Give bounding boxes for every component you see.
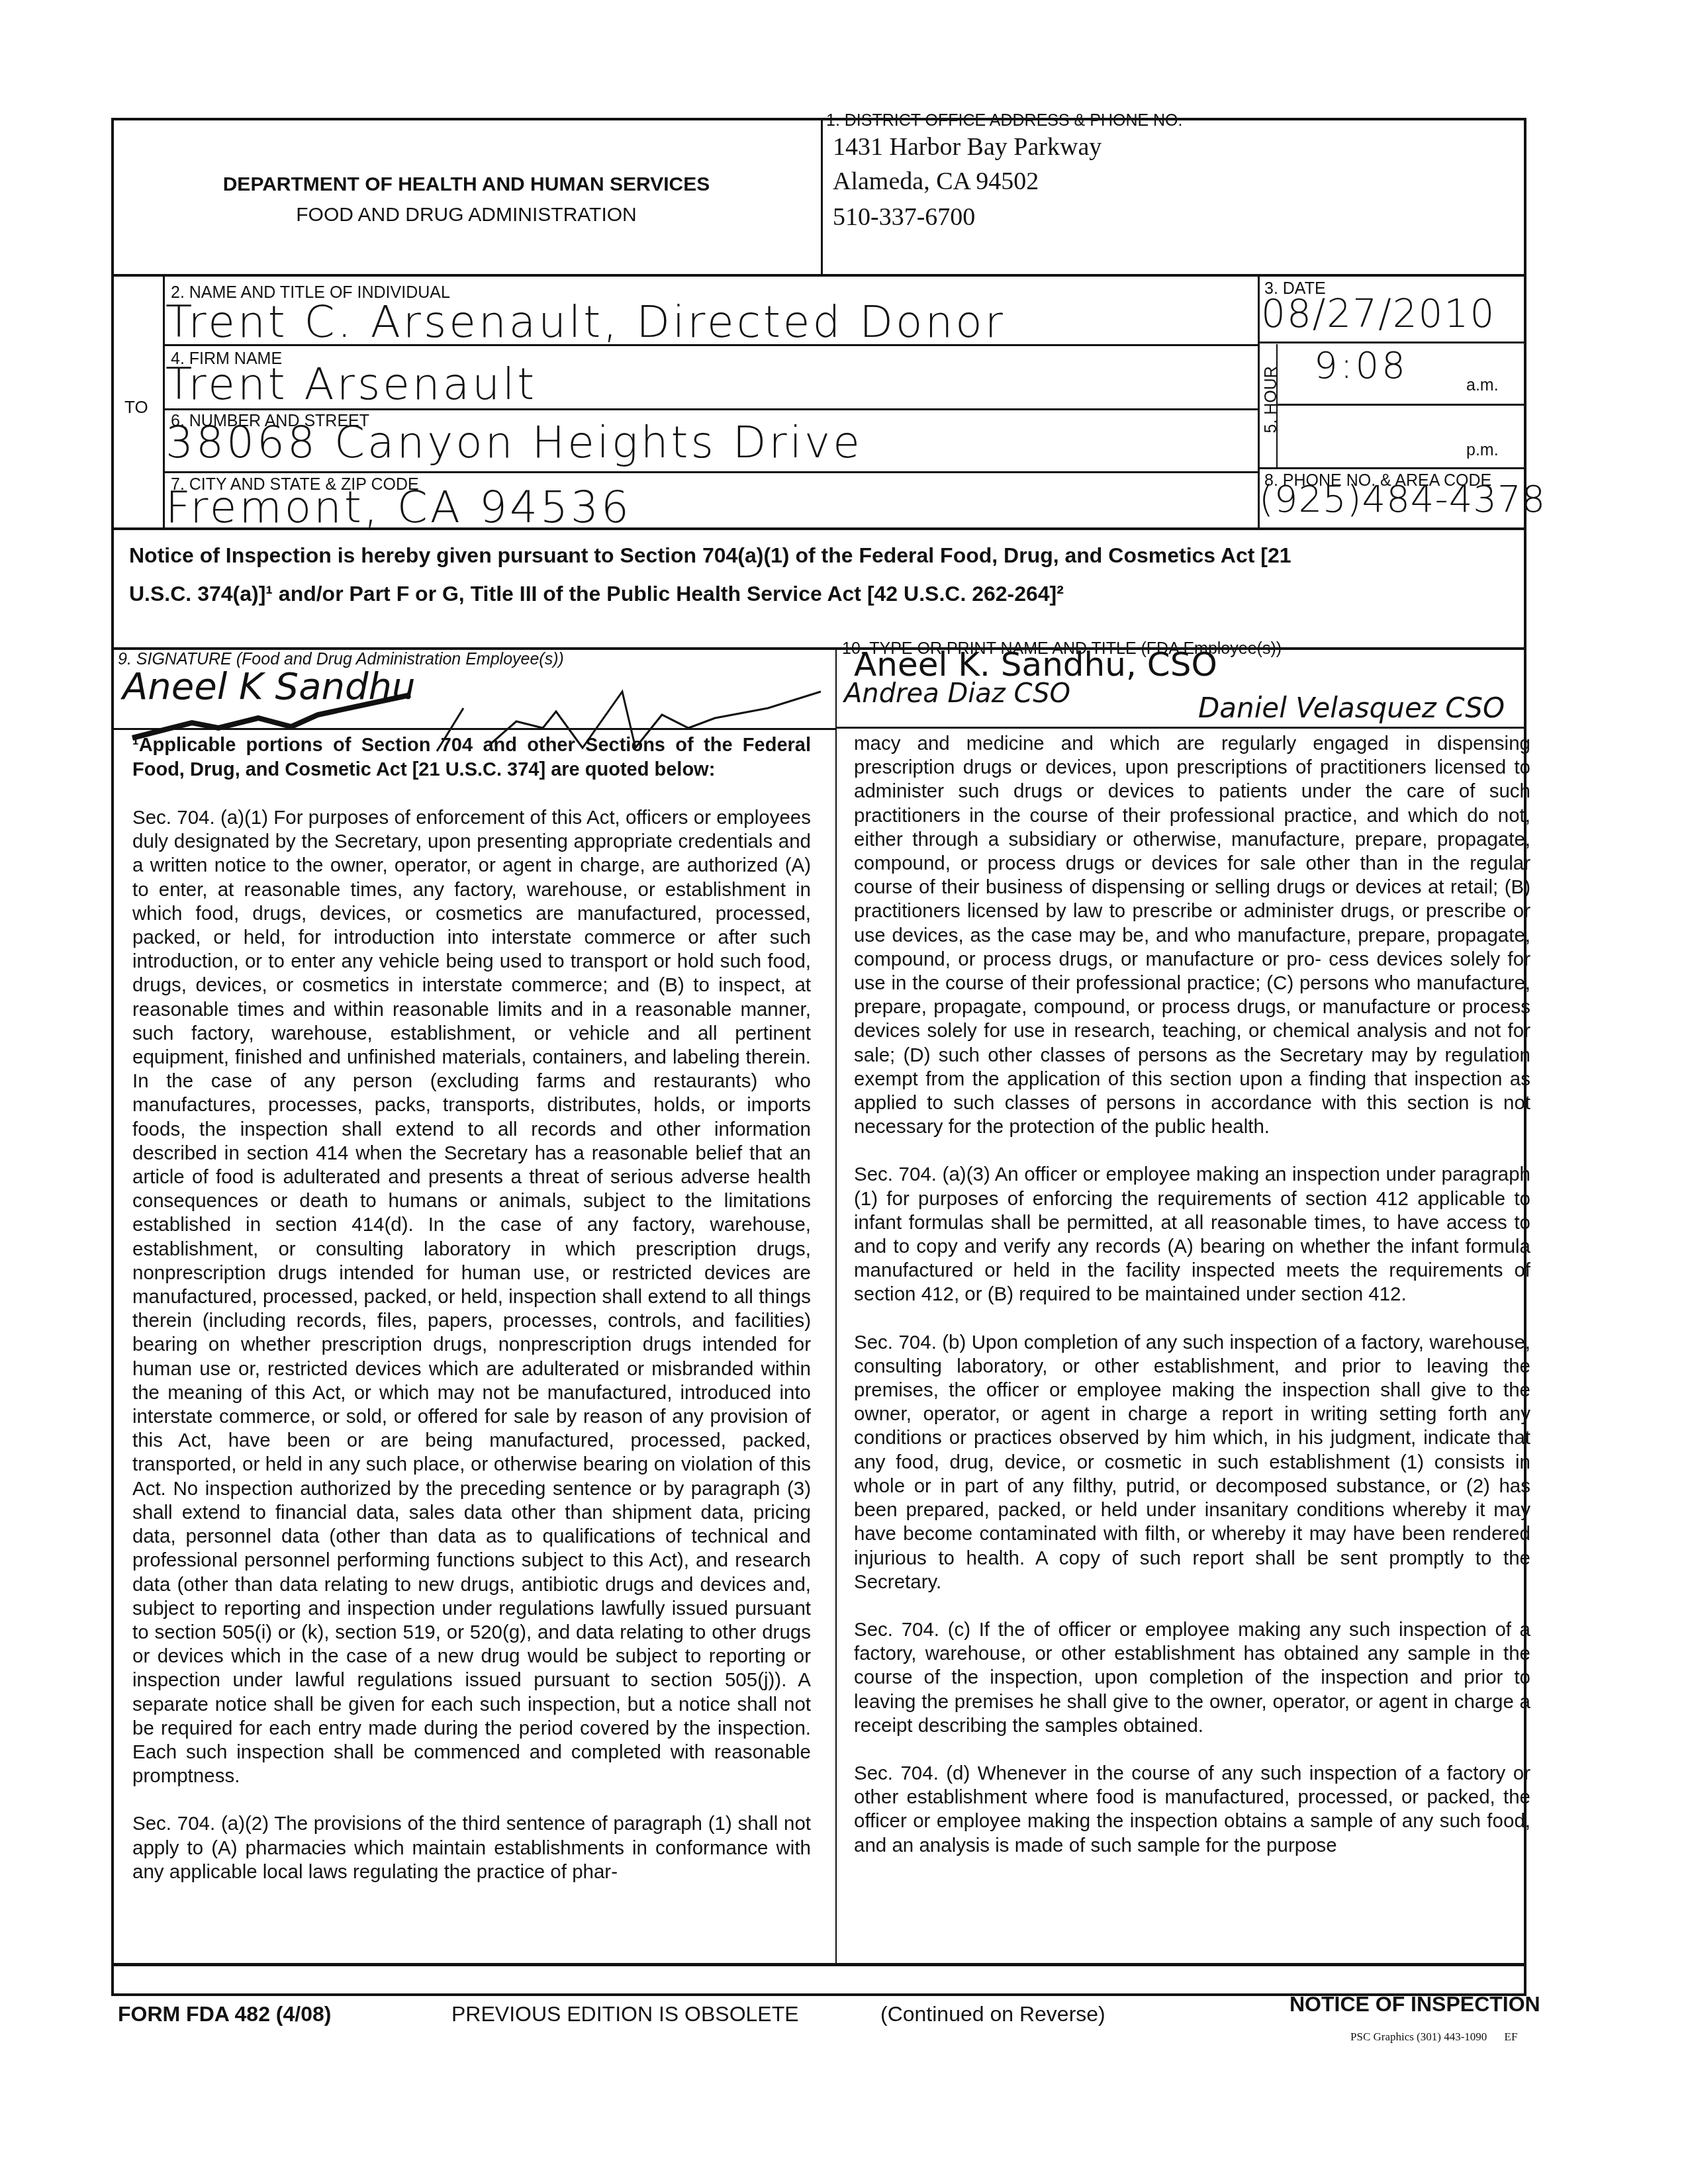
statute-paragraph: Sec. 704. (a)(1) For purposes of enforce… (132, 806, 811, 1788)
notice-line-1: Notice of Inspection is hereby given pur… (129, 536, 1513, 574)
district-office-label: 1. DISTRICT OFFICE ADDRESS & PHONE NO. (826, 111, 1183, 130)
district-office-phone: 510-337-6700 (833, 203, 975, 232)
form-number: FORM FDA 482 (4/08) (118, 2002, 331, 2026)
divider (113, 274, 1526, 277)
firm-name-field[interactable]: Trent Arsenault (165, 359, 537, 410)
statute-paragraph: Sec. 704. (a)(3) An officer or employee … (854, 1163, 1530, 1306)
divider (113, 1963, 1526, 1966)
district-office-address-1: 1431 Harbor Bay Parkway (833, 132, 1102, 161)
printer-name: PSC Graphics (301) 443-1090 (1350, 2030, 1487, 2043)
form-title: NOTICE OF INSPECTION (1289, 1992, 1540, 2017)
statute-heading: ¹Applicable portions of Section 704 and … (132, 733, 811, 782)
phone-field[interactable]: (925)484-4378 (1259, 478, 1546, 521)
pm-label: p.m. (1466, 441, 1499, 460)
to-label: TO (124, 397, 148, 418)
statute-paragraph: Sec. 704. (b) Upon completion of any suc… (854, 1331, 1530, 1594)
statute-text-right: macy and medicine and which are regularl… (854, 732, 1530, 1882)
district-office-address-2: Alameda, CA 94502 (833, 167, 1039, 196)
divider (1278, 404, 1526, 406)
hour-field[interactable]: 9:08 (1314, 344, 1408, 387)
statute-text-left: ¹Applicable portions of Section 704 and … (132, 733, 811, 1908)
divider (1259, 467, 1526, 469)
agency-title: FOOD AND DRUG ADMINISTRATION (114, 204, 819, 226)
divider (113, 728, 837, 730)
statute-paragraph: Sec. 704. (c) If the of officer or emplo… (854, 1618, 1530, 1738)
divider (163, 275, 165, 528)
divider (821, 119, 823, 275)
am-label: a.m. (1466, 376, 1499, 395)
notice-statement: Notice of Inspection is hereby given pur… (129, 536, 1513, 613)
printer-credit: PSC Graphics (301) 443-1090 EF (1350, 2030, 1517, 2044)
continued-notice: (Continued on Reverse) (880, 2002, 1105, 2026)
printed-name-3[interactable]: Daniel Velasquez CSO (1198, 692, 1505, 724)
divider (835, 647, 837, 1964)
statute-paragraph: Sec. 704. (d) Whenever in the course of … (854, 1762, 1530, 1858)
name-title-field[interactable]: Trent C. Arsenault, Directed Donor (165, 296, 1006, 347)
hour-label: 5. HOUR (1262, 381, 1281, 433)
agency-header: DEPARTMENT OF HEALTH AND HUMAN SERVICES … (114, 120, 819, 274)
statute-paragraph: macy and medicine and which are regularl… (854, 732, 1530, 1139)
street-field[interactable]: 38068 Canyon Heights Drive (165, 417, 863, 468)
divider (164, 471, 1258, 473)
date-field[interactable]: 08/27/2010 (1261, 291, 1495, 336)
department-title: DEPARTMENT OF HEALTH AND HUMAN SERVICES (114, 173, 819, 196)
printer-code: EF (1505, 2030, 1518, 2043)
printed-name-2[interactable]: Andrea Diaz CSO (844, 678, 1070, 709)
statute-paragraph: Sec. 704. (a)(2) The provisions of the t… (132, 1812, 811, 1884)
obsolete-notice: PREVIOUS EDITION IS OBSOLETE (451, 2002, 799, 2026)
city-state-zip-field[interactable]: Fremont, CA 94536 (165, 482, 632, 533)
notice-line-2: U.S.C. 374(a)]¹ and/or Part F or G, Titl… (129, 574, 1513, 613)
divider (1259, 341, 1526, 343)
divider (837, 727, 1526, 729)
